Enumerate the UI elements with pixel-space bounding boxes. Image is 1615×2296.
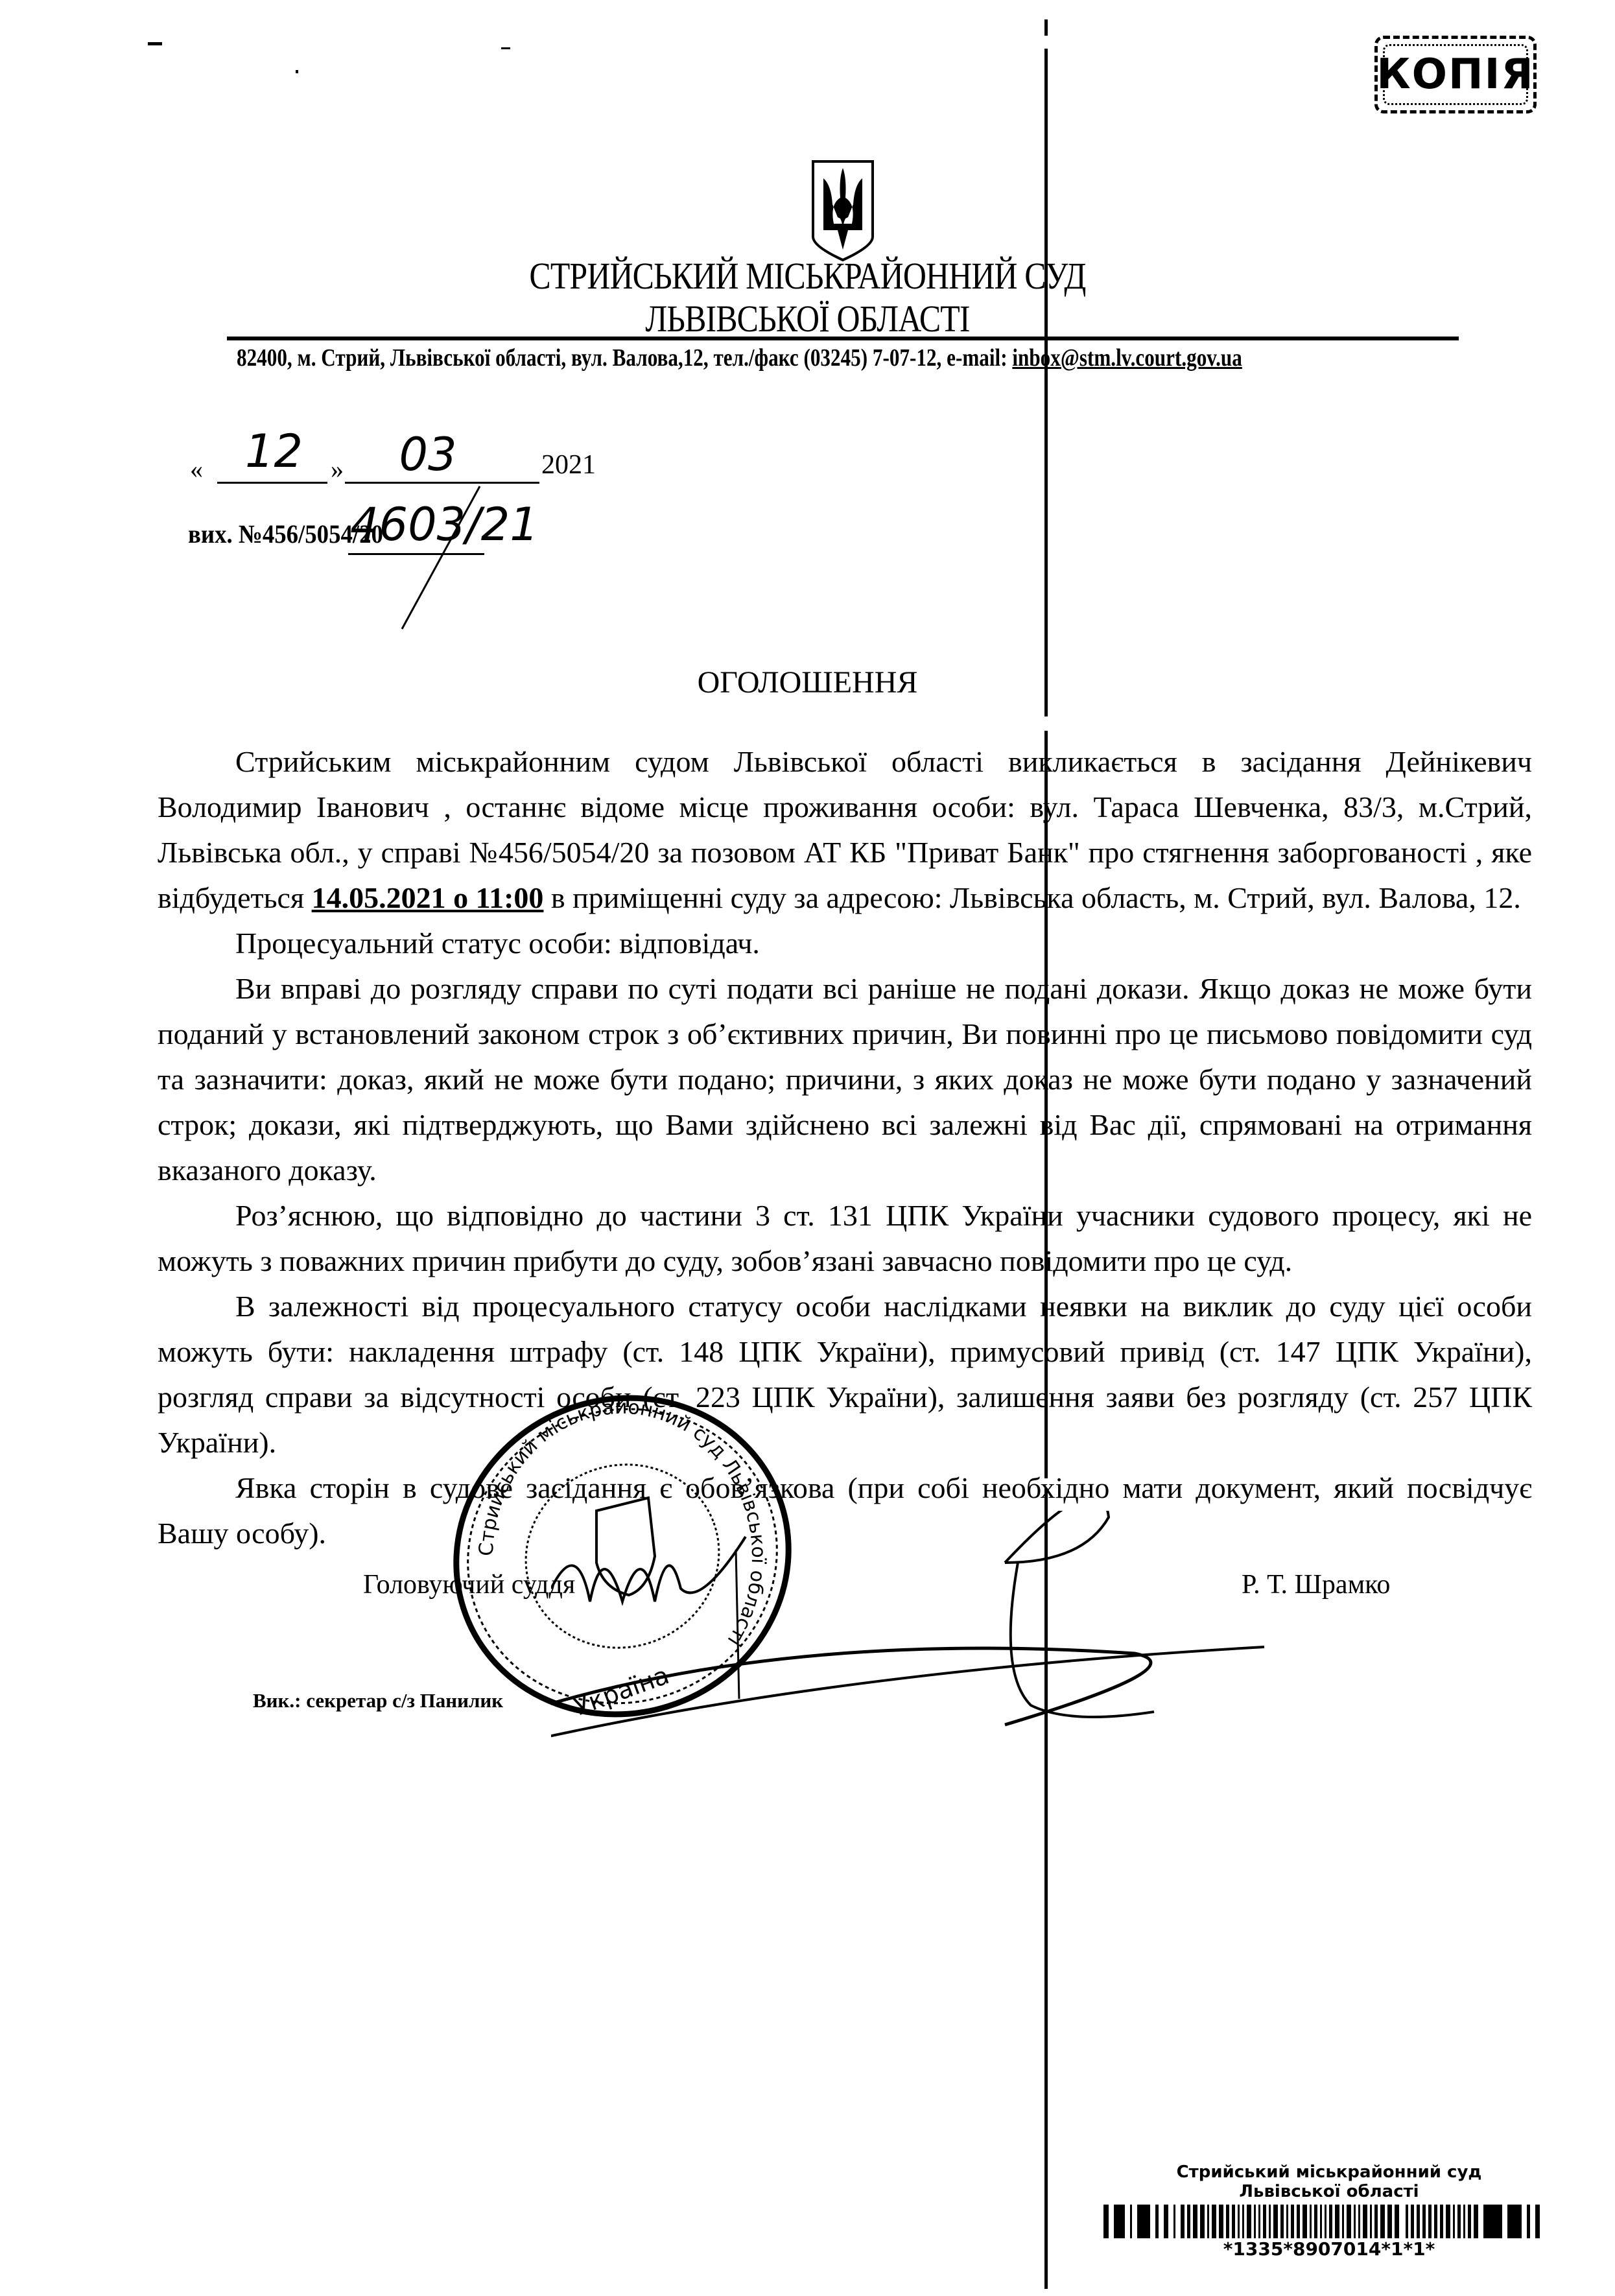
date-quote-open: «: [190, 454, 203, 484]
scan-speck: [296, 70, 298, 73]
court-name-line1: СТРИЙСЬКИЙ МІСЬКРАЙОННИЙ СУД: [113, 254, 1502, 298]
header-divider: [227, 337, 1459, 340]
paragraph-notice: Роз’яснюю, що відповідно до частини 3 ст…: [158, 1193, 1532, 1284]
date-day-underline: [217, 482, 327, 484]
paragraph-status: Процесуальний статус особи: відповідач.: [158, 921, 1532, 966]
court-name-line2: ЛЬВІВСЬКОЇ ОБЛАСТІ: [113, 297, 1502, 340]
announcement-body: Стрийським міськрайонним судом Львівсько…: [158, 739, 1532, 1556]
address-text: 82400, м. Стрий, Львівської області, вул…: [237, 344, 1012, 372]
announcement-title: ОГОЛОШЕННЯ: [0, 665, 1615, 700]
scan-speck: [148, 42, 162, 45]
paragraph-consequences: В залежності від процесуального статусу …: [158, 1284, 1532, 1465]
barcode-number: *1335*8907014*1*1*: [1102, 2238, 1556, 2260]
date-year: 2021: [541, 449, 596, 480]
coat-of-arms-icon: [810, 159, 875, 263]
handwritten-slash: [389, 480, 493, 635]
hearing-datetime: 14.05.2021 о 11:00: [312, 881, 544, 914]
copy-stamp: КОПІЯ: [1374, 36, 1537, 113]
copy-stamp-label: КОПІЯ: [1376, 51, 1534, 99]
summons-address: в приміщенні суду за адресою: Львівська …: [543, 881, 1520, 914]
footer-court-label: Стрийський міськрайонний суд Львівської …: [1102, 2162, 1556, 2201]
date-month: 03: [363, 428, 493, 481]
document-barcode: [1103, 2205, 1544, 2238]
scanner-line-gap: [1041, 36, 1051, 49]
scan-speck: [501, 47, 510, 49]
scanner-line-gap: [1041, 716, 1051, 731]
date-quote-close: »: [331, 454, 344, 484]
paragraph-evidence: Ви вправі до розгляду справи по суті под…: [158, 966, 1532, 1193]
court-address: 82400, м. Стрий, Львівської області, вул…: [237, 344, 1242, 372]
footer-court-line2: Львівської області: [1102, 2182, 1556, 2201]
footer-court-line1: Стрийський міськрайонний суд: [1102, 2162, 1556, 2182]
date-day: 12: [220, 425, 327, 478]
email-link[interactable]: inbox@stm.lv.court.gov.ua: [1012, 344, 1242, 372]
paragraph-summons: Стрийським міськрайонним судом Львівсько…: [158, 739, 1532, 921]
judge-signature: [551, 1511, 1329, 1770]
